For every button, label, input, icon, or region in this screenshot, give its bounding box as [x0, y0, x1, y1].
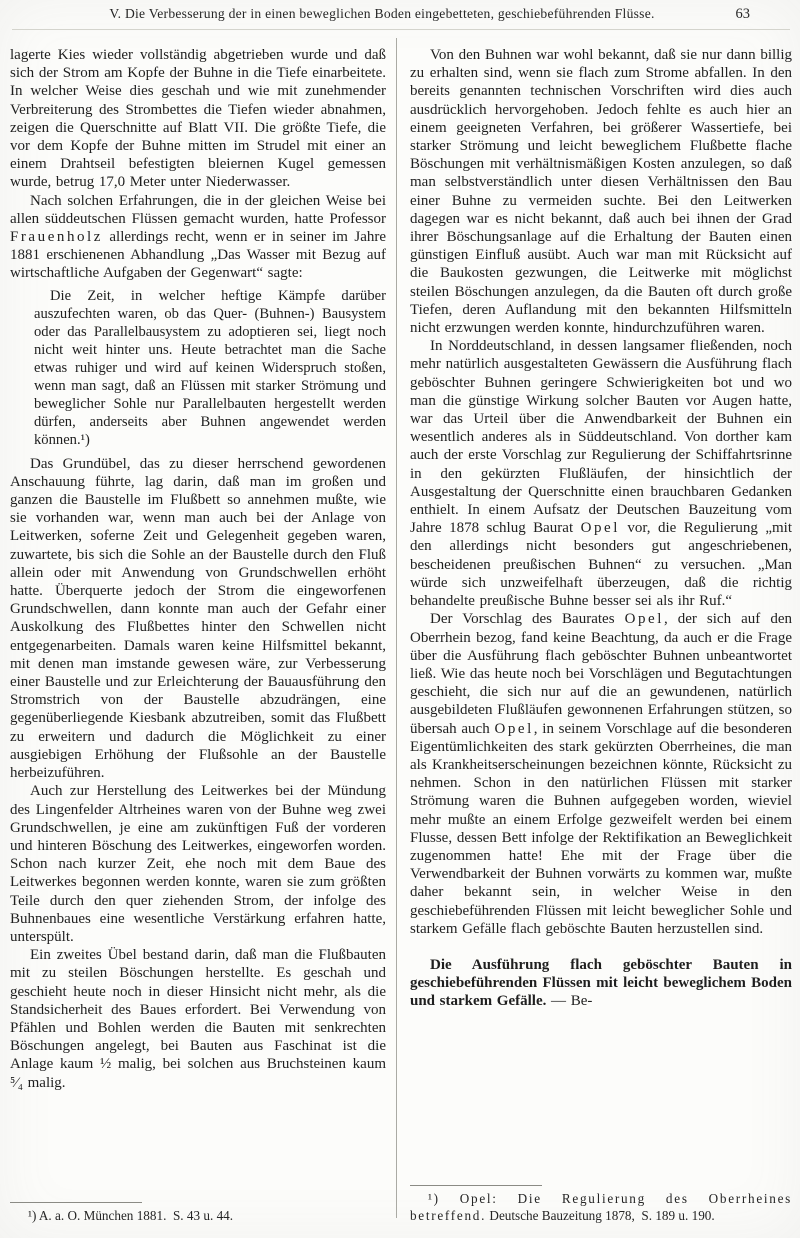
- section-heading: Die Ausführung flach geböschter Bauten i…: [410, 956, 792, 1011]
- text-segment: Die Zeit, in welcher heftige Kämpfe darü…: [34, 288, 386, 448]
- footnote: ¹) Opel: Die Regulierung des Oberrheines…: [410, 1191, 792, 1224]
- page-header: V. Die Verbesserung der in einen bewegli…: [0, 6, 800, 26]
- text-segment: , in seinem Vorschlage auf die besondere…: [410, 721, 792, 937]
- text-segment: Nach solchen Erfahrungen, die in der gle…: [10, 193, 386, 227]
- footnote-separator-rule: [410, 1185, 542, 1186]
- text-segment: Der Vorschlag des Baurates: [430, 611, 625, 627]
- text-segment: Frauenholz: [10, 229, 103, 245]
- text-segment: Opel: [494, 721, 533, 737]
- page-number: 63: [736, 6, 751, 23]
- text-segment: Auch zur Herstellung des Leitwerkes bei …: [10, 783, 386, 945]
- text-segment: Opel: [625, 611, 664, 627]
- paragraph: Auch zur Herstellung des Leitwerkes bei …: [10, 782, 386, 946]
- paragraph-continuation: lagerte Kies wieder vollständig abgetrie…: [10, 46, 386, 192]
- text-segment: Von den Buhnen war wohl bekannt, daß sie…: [410, 47, 792, 336]
- footnote-separator-rule: [10, 1202, 142, 1203]
- text-segment: lagerte Kies wieder vollständig abgetrie…: [10, 47, 386, 190]
- text-segment: ¹) A. a. O. München 1881. S. 43 u. 44.: [28, 1208, 233, 1223]
- book-page-scan: V. Die Verbesserung der in einen bewegli…: [0, 0, 800, 1238]
- paragraph: Das Grundübel, das zu dieser herrschend …: [10, 455, 386, 783]
- block-quote: Die Zeit, in welcher heftige Kämpfe darü…: [34, 287, 386, 449]
- text-segment: Das Grundübel, das zu dieser herrschend …: [10, 456, 386, 781]
- footnote: ¹) A. a. O. München 1881. S. 43 u. 44.: [10, 1208, 386, 1225]
- text-segment: , der sich auf den Oberrhein bezog, fand…: [410, 611, 792, 736]
- header-rule: [12, 29, 790, 30]
- paragraph: Von den Buhnen war wohl bekannt, daß sie…: [410, 46, 792, 337]
- text-columns: lagerte Kies wieder vollständig abgetrie…: [10, 46, 792, 1224]
- paragraph: In Norddeutschland, in dessen langsamer …: [410, 337, 792, 610]
- text-segment: Deutsche Bauzeitung 1878, S. 189 u. 190.: [486, 1208, 715, 1223]
- column-gap: [386, 46, 410, 1224]
- text-segment: — Be-: [546, 993, 592, 1009]
- footnote-block: ¹) A. a. O. München 1881. S. 43 u. 44.: [10, 1196, 386, 1225]
- running-header-title: V. Die Verbesserung der in einen bewegli…: [40, 6, 724, 22]
- text-segment: Opel: [581, 520, 620, 536]
- paragraph: Der Vorschlag des Baurates Opel, der sic…: [410, 610, 792, 938]
- text-segment: Ein zweites Übel bestand darin, daß man …: [10, 947, 386, 1090]
- text-segment: In Norddeutschland, in dessen langsamer …: [410, 338, 792, 536]
- text-segment: Die Ausführung flach geböschter Bauten i…: [410, 957, 792, 1009]
- paragraph: Ein zweites Übel bestand darin, daß man …: [10, 946, 386, 1092]
- left-column: lagerte Kies wieder vollständig abgetrie…: [10, 46, 386, 1224]
- paragraph: Nach solchen Erfahrungen, die in der gle…: [10, 192, 386, 283]
- right-column: Von den Buhnen war wohl bekannt, daß sie…: [410, 46, 792, 1224]
- footnote-block: ¹) Opel: Die Regulierung des Oberrheines…: [410, 1179, 792, 1224]
